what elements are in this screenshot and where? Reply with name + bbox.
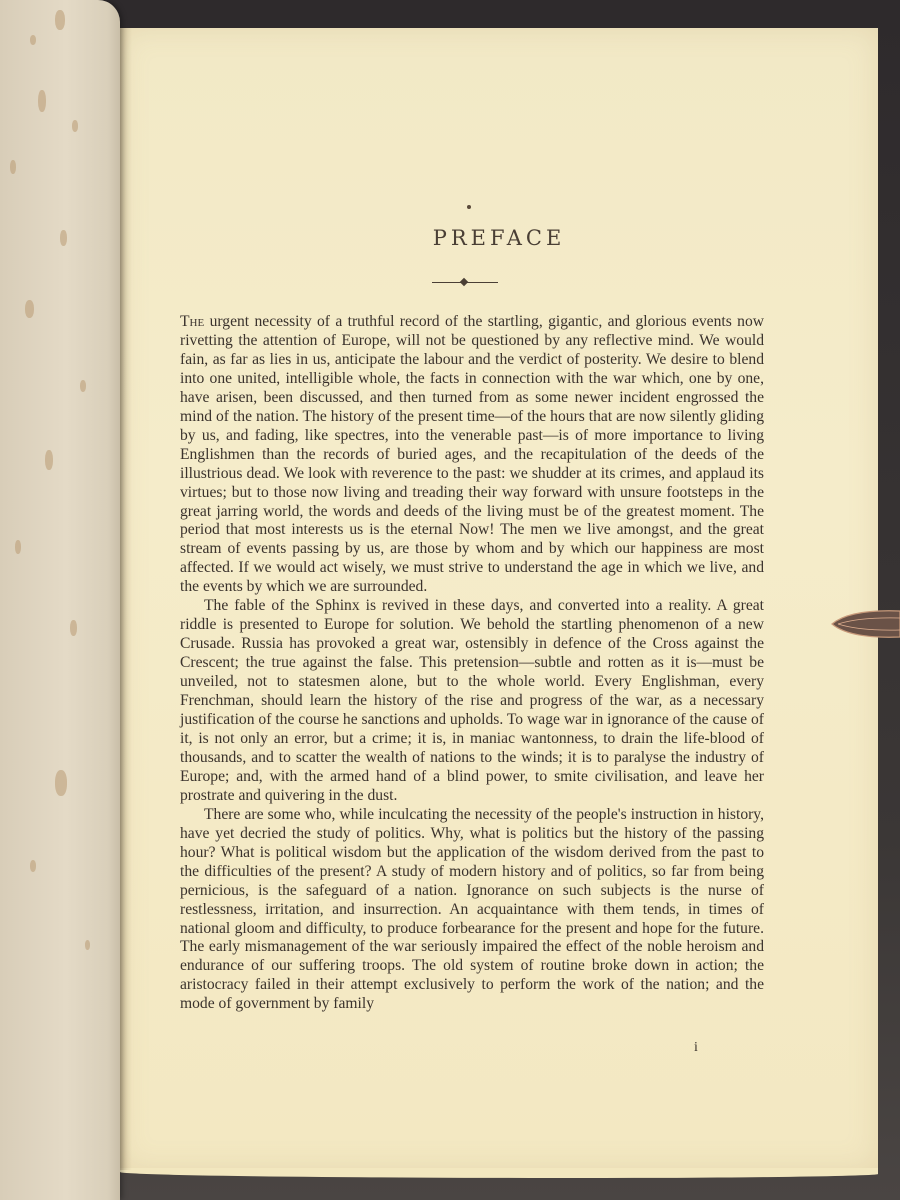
paragraph-1: The urgent necessity of a truthful recor… bbox=[180, 313, 764, 597]
foxing-spot bbox=[60, 230, 67, 246]
foxing-spot bbox=[72, 120, 78, 132]
paragraph-3: There are some who, while inculcating th… bbox=[180, 806, 764, 1014]
gutter-shadow bbox=[120, 28, 132, 1170]
foxing-spot bbox=[55, 10, 65, 30]
foxing-spot bbox=[38, 90, 46, 112]
facing-page-edge bbox=[0, 0, 120, 1200]
ornament-dot bbox=[467, 205, 471, 209]
foxing-spot bbox=[30, 860, 36, 872]
foxing-spot bbox=[25, 300, 34, 318]
paragraph-2: The fable of the Sphinx is revived in th… bbox=[180, 597, 764, 805]
drop-smallcaps: The bbox=[180, 313, 204, 330]
foxing-spot bbox=[45, 450, 53, 470]
book-page: PREFACE The urgent necessity of a truthf… bbox=[120, 28, 878, 1170]
foxing-spot bbox=[10, 160, 16, 174]
rule-ornament-icon bbox=[460, 278, 468, 286]
page-number: i bbox=[694, 1040, 698, 1056]
foxing-spot bbox=[70, 620, 77, 636]
page-title: PREFACE bbox=[120, 226, 878, 250]
foxing-spot bbox=[55, 770, 67, 796]
preface-body: The urgent necessity of a truthful recor… bbox=[180, 313, 764, 1014]
foxing-spot bbox=[30, 35, 36, 45]
foxing-spot bbox=[80, 380, 86, 392]
page-clip-icon bbox=[830, 605, 900, 643]
paragraph-text: urgent necessity of a truthful record of… bbox=[180, 313, 764, 595]
foxing-spot bbox=[85, 940, 90, 950]
foxing-spot bbox=[15, 540, 21, 554]
